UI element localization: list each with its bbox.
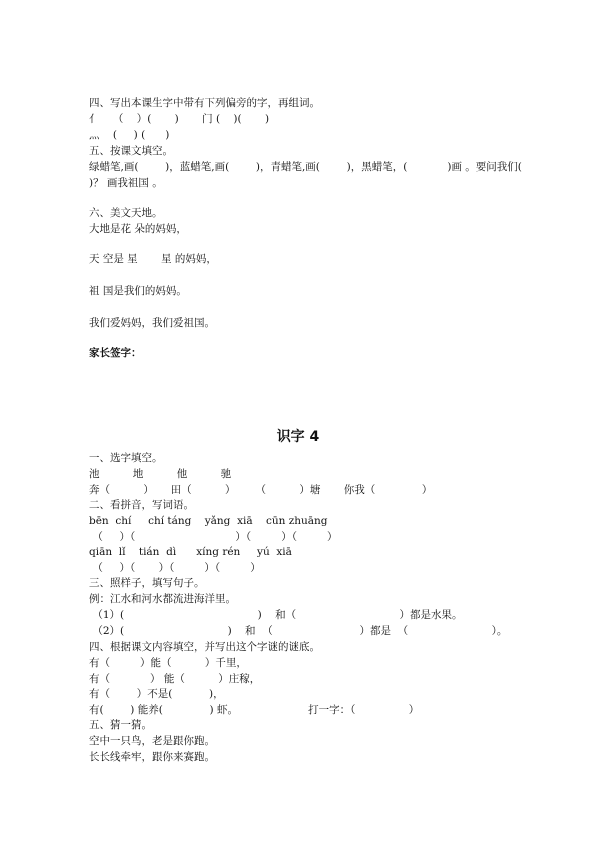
section-heading-riddle: 四、根据课文内容填空，并写出这个字谜的谜底。 [89, 640, 320, 654]
poem-line-1: 大地是花 朵的妈妈， [89, 222, 187, 236]
pinyin-blanks-1: （ ）（ ）（ ）（ ） [89, 530, 337, 544]
section-heading-choose: 一、选字填空。 [89, 451, 163, 465]
radical-line-1: 亻 （ ）( ) 门 ( )( ) [89, 112, 269, 126]
sentence-item-1: （1）( ) 和（ ）都是水果。 [89, 608, 463, 622]
section-heading-fill: 五、按课文填空。 [89, 144, 173, 158]
fill-line-2: )？ 画我祖国 。 [89, 176, 163, 190]
section-heading-guess: 五、猜一猜。 [89, 718, 152, 732]
sentence-example: 例：江水和河水都流进海洋里。 [89, 592, 236, 606]
lesson-title: 识字 4 [0, 426, 596, 446]
choose-blanks: 奔（ ） 田（ ） （ ）塘 你我（ ） [89, 483, 432, 497]
poem-line-3: 祖 国是我们的妈妈。 [89, 284, 187, 298]
choose-options: 池 地 他 驰 [89, 467, 231, 481]
section-heading-radicals: 四、写出本课生字中带有下列偏旁的字，再组词。 [89, 96, 320, 110]
parent-signature-label: 家长签字： [89, 346, 142, 360]
pinyin-line-1: bēn chí chí táng yǎng xiā cūn zhuāng [89, 514, 328, 528]
riddle-line-2: 有（ ） 能（ ）庄稼， [89, 672, 260, 686]
poem-line-4: 我们爱妈妈，我们爱祖国。 [89, 316, 215, 330]
fill-line-1: 绿蜡笔,画( )，蓝蜡笔,画( )，青蜡笔,画( )，黑蜡笔，( )画 。要问我… [89, 160, 522, 174]
pinyin-blanks-2: （ ）（ ）（ ）（ ） [89, 561, 261, 575]
riddle-line-4: 有( ) 能养( ) 虾。 打一字：（ ） [89, 703, 419, 717]
radical-line-2: 灬 ( ) ( ) [89, 128, 169, 142]
poem-line-2: 天 空是 星 星 的妈妈， [89, 252, 217, 266]
section-heading-sentences: 三、照样子，填写句子。 [89, 576, 205, 590]
riddle-line-3: 有（ ）不是( )， [89, 687, 224, 701]
section-heading-pinyin: 二、看拼音，写词语。 [89, 498, 194, 512]
sentence-item-2: （2）( ) 和 （ ）都是 （ ）。 [89, 624, 507, 638]
guess-line-1: 空中一只鸟，老是跟你跑。 [89, 734, 215, 748]
riddle-line-1: 有（ ）能（ ）千里， [89, 656, 247, 670]
pinyin-line-2: qiān lǐ tián dì xíng rén yú xiā [89, 545, 292, 559]
guess-line-2: 长长线牵牢，跟你来赛跑。 [89, 750, 215, 764]
section-heading-poem: 六、美文天地。 [89, 206, 163, 220]
